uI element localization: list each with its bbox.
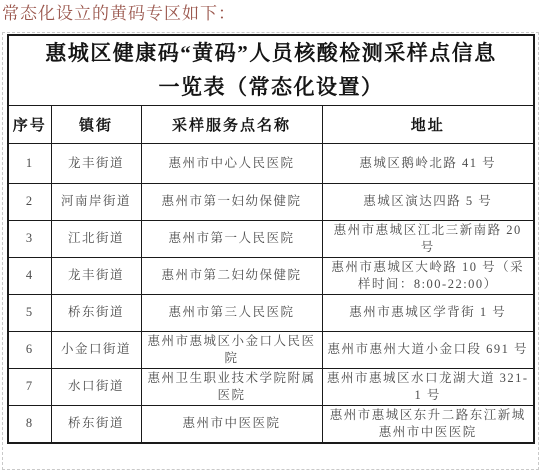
cell-street: 龙丰街道 xyxy=(51,257,141,294)
cell-site: 惠州市中医医院 xyxy=(141,405,322,443)
table-title-line1: 惠城区健康码“黄码”人员核酸检测采样点信息 xyxy=(11,36,531,70)
cell-street: 河南岸街道 xyxy=(51,183,141,220)
cell-street: 桥东街道 xyxy=(51,405,141,443)
cell-street: 龙丰街道 xyxy=(51,143,141,183)
table-row: 7 水口街道 惠州卫生职业技术学院附属医院 惠州市惠城区水口龙湖大道 321-1… xyxy=(8,368,534,405)
column-header-no: 序号 xyxy=(8,105,51,143)
cell-serial: 3 xyxy=(8,220,51,257)
cell-address: 惠州市惠州大道小金口段 691 号 xyxy=(322,331,534,368)
cell-address: 惠州市惠城区水口龙湖大道 321-1 号 xyxy=(322,368,534,405)
cell-street: 桥东街道 xyxy=(51,294,141,331)
cell-address: 惠州市惠城区大岭路 10 号（采样时间：8:00-22:00） xyxy=(322,257,534,294)
table-row: 2 河南岸街道 惠州市第一妇幼保健院 惠城区演达四路 5 号 xyxy=(8,183,534,220)
sampling-points-table: 惠城区健康码“黄码”人员核酸检测采样点信息 一览表（常态化设置） 序号 镇街 采… xyxy=(7,34,535,444)
table-row: 5 桥东街道 惠州市第三人民医院 惠州市惠城区学背街 1 号 xyxy=(8,294,534,331)
intro-text: 常态化设立的黄码专区如下： xyxy=(2,3,236,25)
table-header-row: 序号 镇街 采样服务点名称 地址 xyxy=(8,105,534,143)
table-row: 3 江北街道 惠州市第一人民医院 惠州市惠城区江北三新南路 20 号 xyxy=(8,220,534,257)
cell-serial: 5 xyxy=(8,294,51,331)
table-row: 6 小金口街道 惠州市惠城区小金口人民医院 惠州市惠州大道小金口段 691 号 xyxy=(8,331,534,368)
table-row: 1 龙丰街道 惠州市中心人民医院 惠城区鹅岭北路 41 号 xyxy=(8,143,534,183)
column-header-site: 采样服务点名称 xyxy=(141,105,322,143)
cell-street: 水口街道 xyxy=(51,368,141,405)
cell-site: 惠州卫生职业技术学院附属医院 xyxy=(141,368,322,405)
cell-address: 惠城区鹅岭北路 41 号 xyxy=(322,143,534,183)
cell-street: 江北街道 xyxy=(51,220,141,257)
table-outer-frame: 惠城区健康码“黄码”人员核酸检测采样点信息 一览表（常态化设置） 序号 镇街 采… xyxy=(2,32,539,470)
table-title: 惠城区健康码“黄码”人员核酸检测采样点信息 一览表（常态化设置） xyxy=(8,35,534,105)
cell-street: 小金口街道 xyxy=(51,331,141,368)
cell-site: 惠州市第一妇幼保健院 xyxy=(141,183,322,220)
article-page: 常态化设立的黄码专区如下： 惠城区健康码“黄码”人员核酸检测采样点信息 一览表（… xyxy=(0,0,544,473)
cell-serial: 1 xyxy=(8,143,51,183)
cell-site: 惠州市第二妇幼保健院 xyxy=(141,257,322,294)
table-row: 4 龙丰街道 惠州市第二妇幼保健院 惠州市惠城区大岭路 10 号（采样时间：8:… xyxy=(8,257,534,294)
table-title-line2: 一览表（常态化设置） xyxy=(11,70,531,104)
cell-address: 惠州市惠城区东升二路东江新城惠州市中医医院 xyxy=(322,405,534,443)
table-row: 8 桥东街道 惠州市中医医院 惠州市惠城区东升二路东江新城惠州市中医医院 xyxy=(8,405,534,443)
cell-site: 惠州市第一人民医院 xyxy=(141,220,322,257)
cell-serial: 2 xyxy=(8,183,51,220)
cell-address: 惠州市惠城区学背街 1 号 xyxy=(322,294,534,331)
column-header-street: 镇街 xyxy=(51,105,141,143)
cell-serial: 7 xyxy=(8,368,51,405)
cell-serial: 4 xyxy=(8,257,51,294)
cell-site: 惠州市第三人民医院 xyxy=(141,294,322,331)
cell-site: 惠州市中心人民医院 xyxy=(141,143,322,183)
cell-site: 惠州市惠城区小金口人民医院 xyxy=(141,331,322,368)
table-title-row: 惠城区健康码“黄码”人员核酸检测采样点信息 一览表（常态化设置） xyxy=(8,35,534,105)
cell-serial: 6 xyxy=(8,331,51,368)
column-header-address: 地址 xyxy=(322,105,534,143)
cell-address: 惠城区演达四路 5 号 xyxy=(322,183,534,220)
cell-address: 惠州市惠城区江北三新南路 20 号 xyxy=(322,220,534,257)
cell-serial: 8 xyxy=(8,405,51,443)
